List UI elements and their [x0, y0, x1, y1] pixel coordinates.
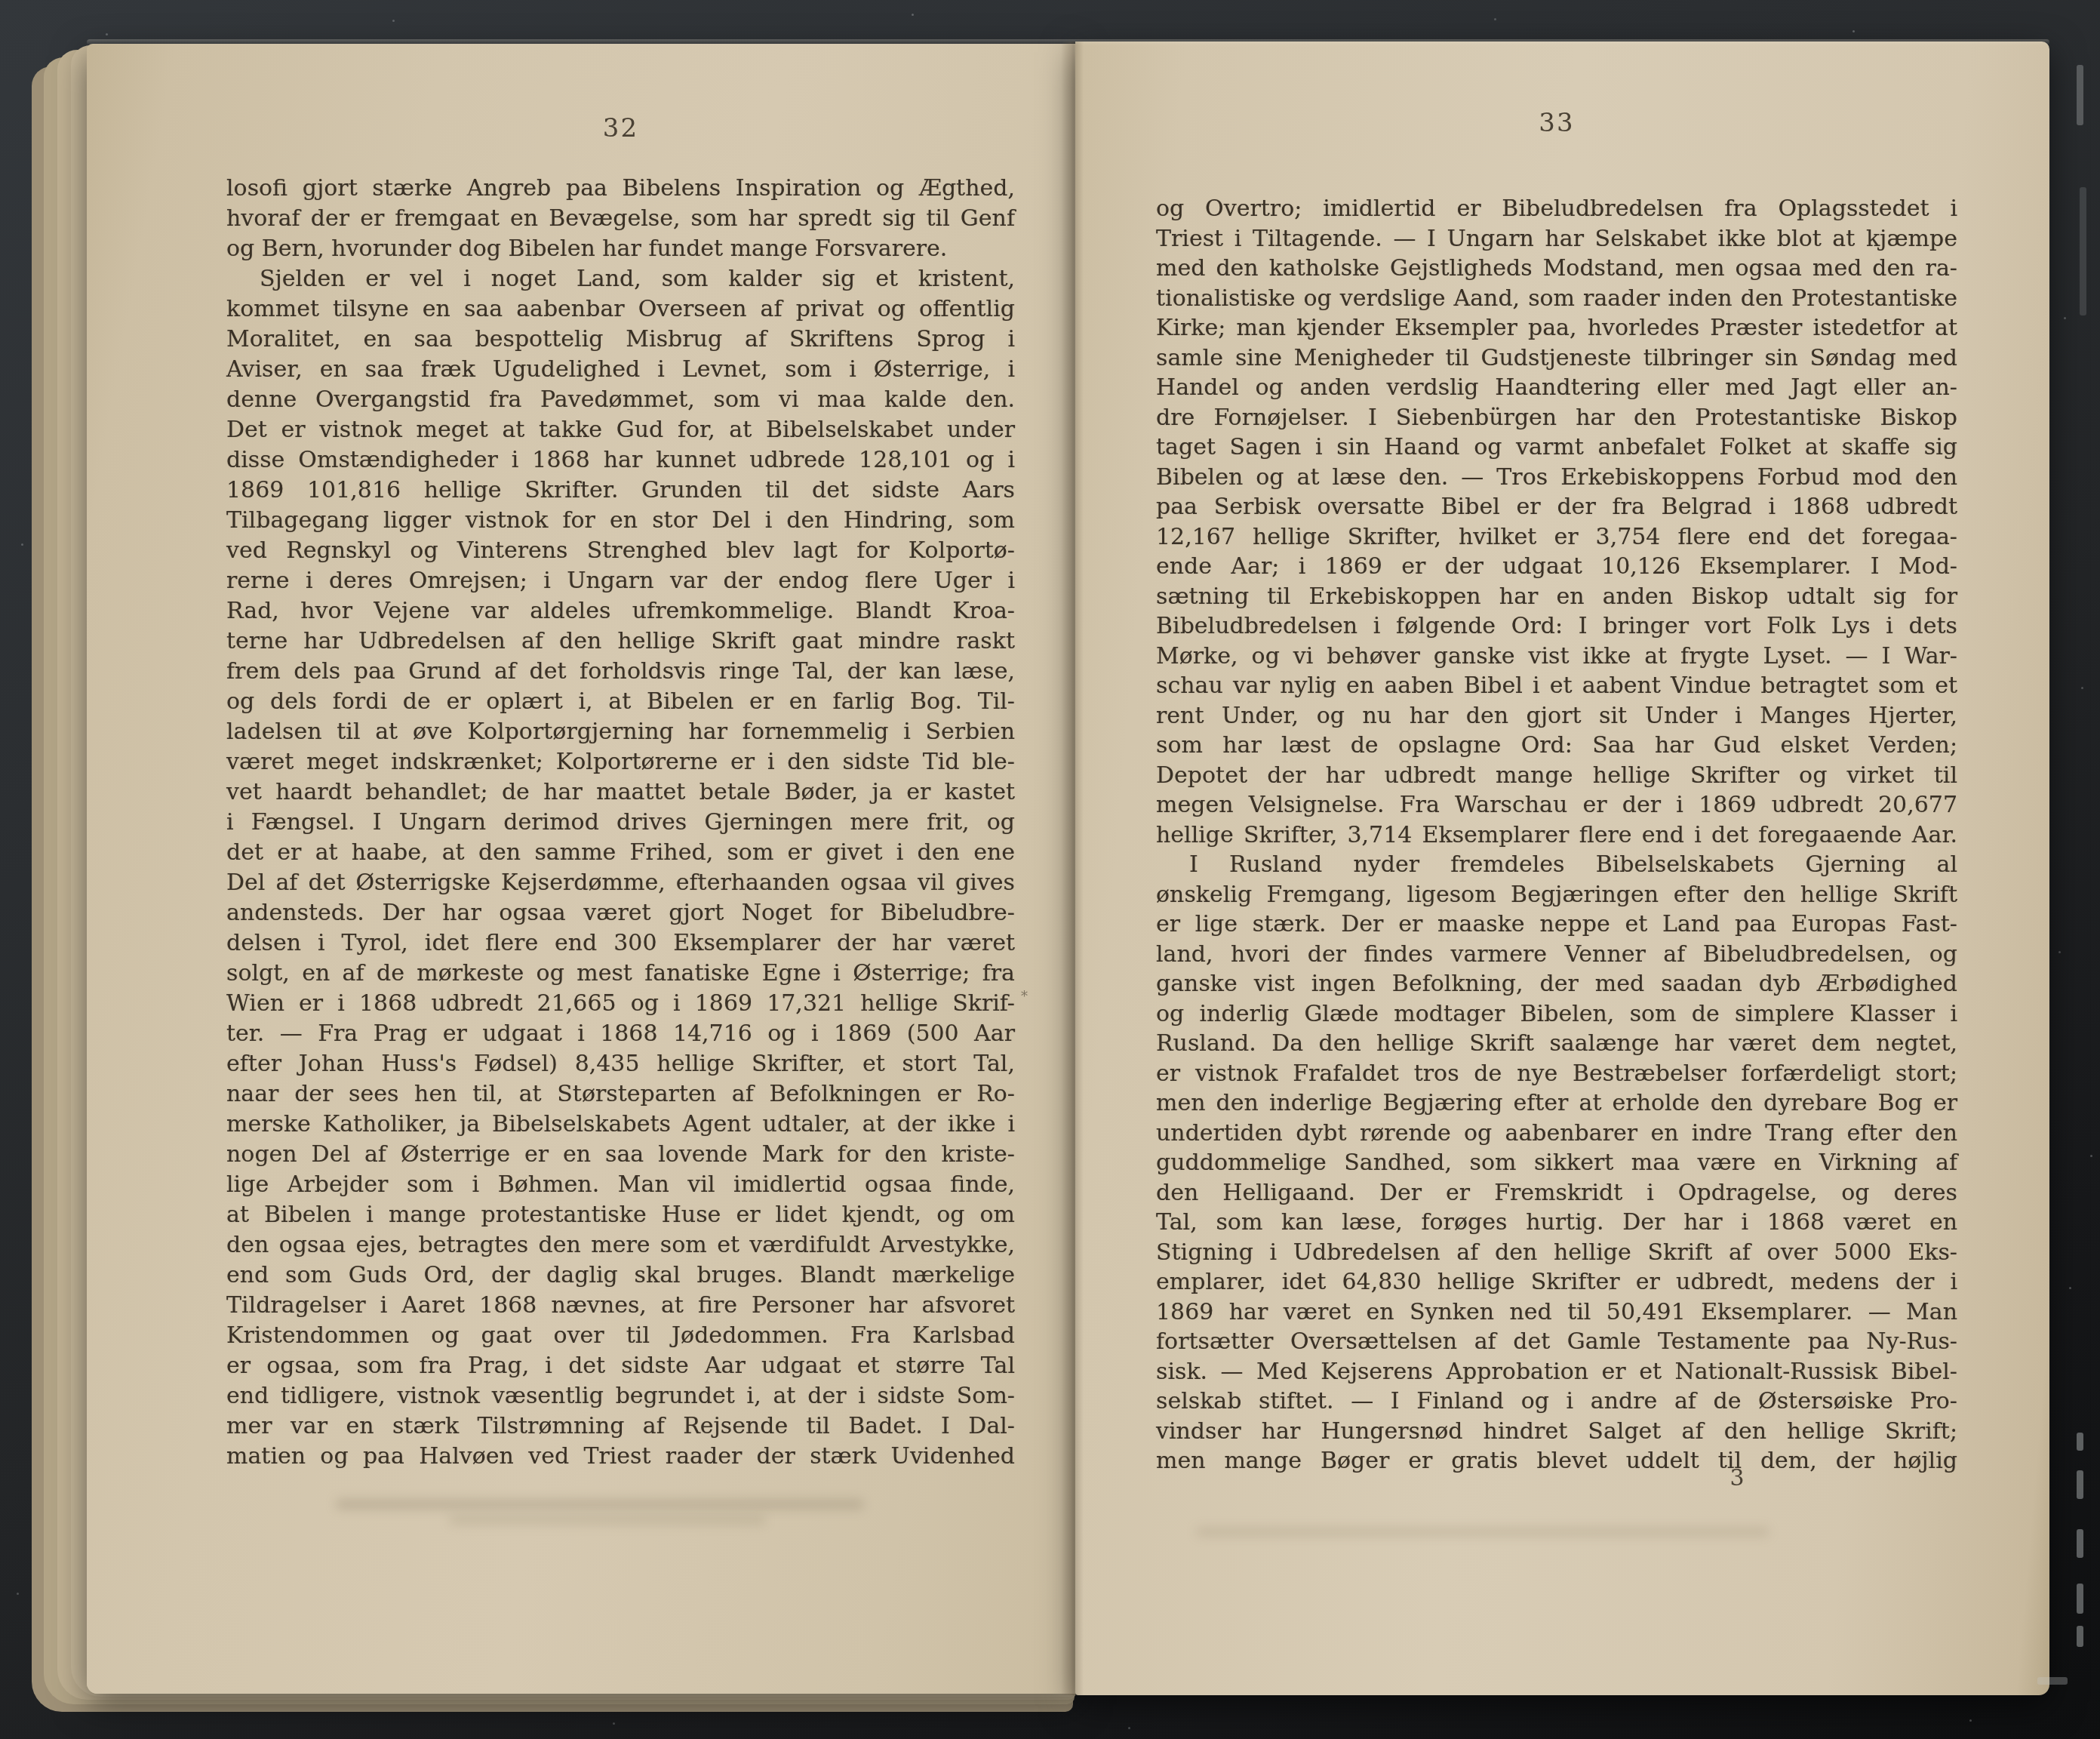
text-line: i Fængsel. I Ungarn derimod drives Gjern… [226, 808, 1015, 838]
text-line: Mørke, og vi behøver ganske vist ikke at… [1156, 642, 1957, 672]
text-line: sætning til Erkebiskoppen har en anden B… [1156, 582, 1957, 612]
text-line: Wien er i 1868 udbredt 21,665 og i 1869 … [226, 989, 1015, 1019]
text-line: Tildragelser i Aaret 1868 nævnes, at fir… [226, 1291, 1015, 1321]
film-edge-mark [2077, 1470, 2083, 1499]
film-edge-mark [2077, 1626, 2083, 1647]
text-line: været meget indskrænket; Kolportørerne e… [226, 747, 1015, 777]
text-line: Rusland. Da den hellige Skrift saalænge … [1156, 1029, 1957, 1059]
text-line: end tidligere, vistnok væsentlig begrund… [226, 1381, 1015, 1411]
text-line: denne Overgangstid fra Pavedømmet, som v… [226, 385, 1015, 415]
text-line: ønskelig Fremgang, ligesom Begjæringen e… [1156, 880, 1957, 910]
text-line: ladelsen til at øve Kolportørgjerning ha… [226, 717, 1015, 747]
signature-mark: 3 [1714, 1465, 1760, 1491]
book-photo: 32 losofi gjort stærke Angreb paa Bibele… [0, 0, 2100, 1739]
text-line: delsen i Tyrol, idet flere end 300 Eksem… [226, 928, 1015, 959]
text-line: men mange Bøger er gratis blevet uddelt … [1156, 1446, 1957, 1476]
text-line: mer var en stærk Tilstrømning af Rejsend… [226, 1411, 1015, 1442]
text-line: Handel og anden verdslig Haandtering ell… [1156, 373, 1957, 403]
text-line: vindser har Hungersnød hindret Salget af… [1156, 1417, 1957, 1447]
text-line: Sjelden er vel i noget Land, som kalder … [226, 264, 1015, 294]
text-line: lige Arbejder som i Bøhmen. Man vil imid… [226, 1170, 1015, 1200]
text-line: Stigning i Udbredelsen af den hellige Sk… [1156, 1238, 1957, 1268]
text-line: Depotet der har udbredt mange hellige Sk… [1156, 761, 1957, 791]
page-top-edge-highlight [87, 39, 2049, 45]
text-line: er ogsaa, som fra Prag, i det sidste Aar… [226, 1351, 1015, 1381]
text-line: disse Omstændigheder i 1868 har kunnet u… [226, 445, 1015, 476]
text-line: ganske vist ingen Befolkning, der med sa… [1156, 969, 1957, 999]
film-edge-mark [2080, 187, 2086, 315]
text-line: end som Guds Ord, der daglig skal bruges… [226, 1260, 1015, 1291]
film-edge-mark [2077, 65, 2083, 125]
text-line: Moralitet, en saa bespottelig Misbrug af… [226, 325, 1015, 355]
film-edge-mark [2037, 1677, 2068, 1685]
text-line: undertiden dybt rørende og aabenbarer en… [1156, 1119, 1957, 1149]
film-edge-mark [2077, 1584, 2083, 1614]
text-line: losofi gjort stærke Angreb paa Bibelens … [226, 174, 1015, 204]
text-line: Triest i Tiltagende. — I Ungarn har Sels… [1156, 224, 1957, 254]
text-line: matien og paa Halvøen ved Triest raader … [226, 1442, 1015, 1472]
reverse-side-ghost [1196, 1527, 1769, 1537]
page-number-right: 33 [1156, 108, 1957, 138]
text-line: med den katholske Gejstligheds Modstand,… [1156, 254, 1957, 284]
text-line: og dels fordi de er oplært i, at Bibelen… [226, 687, 1015, 717]
text-line: og inderlig Glæde modtager Bibelen, som … [1156, 999, 1957, 1030]
text-line: tionalistiske og verdslige Aand, som raa… [1156, 284, 1957, 314]
text-line: men den inderlige Begjæring efter at erh… [1156, 1088, 1957, 1119]
text-line: Del af det Østerrigske Kejserdømme, efte… [226, 868, 1015, 898]
text-line: I Rusland nyder fremdeles Bibelselskabet… [1156, 850, 1957, 880]
text-line: vet haardt behandlet; de har maattet bet… [226, 777, 1015, 808]
text-line: og Bern, hvorunder dog Bibelen har funde… [226, 234, 1015, 264]
text-line: Kristendommen og gaat over til Jødedomme… [226, 1321, 1015, 1351]
text-line: paa Serbisk oversatte Bibel er der fra B… [1156, 492, 1957, 522]
text-line: Bibelen og at læse den. — Tros Erkebisko… [1156, 463, 1957, 493]
text-block-right: og Overtro; imidlertid er Bibeludbredels… [1156, 194, 1957, 1476]
margin-print-mark: * [1021, 989, 1028, 1005]
text-line: Tal, som kan læse, forøges hurtig. Der h… [1156, 1208, 1957, 1238]
text-line: dre Fornøjelser. I Siebenbürgen har den … [1156, 403, 1957, 433]
text-line: guddommelige Sandhed, som sikkert maa væ… [1156, 1148, 1957, 1178]
text-line: emplarer, idet 64,830 hellige Skrifter e… [1156, 1267, 1957, 1297]
text-line: er lige stærk. Der er maaske neppe et La… [1156, 910, 1957, 940]
text-line: 1869 har været en Synken ned til 50,491 … [1156, 1297, 1957, 1328]
text-line: ende Aar; i 1869 er der udgaat 10,126 Ek… [1156, 552, 1957, 582]
text-line: hvoraf der er fremgaat en Bevægelse, som… [226, 204, 1015, 234]
text-line: land, hvori der findes varmere Venner af… [1156, 940, 1957, 970]
text-line: 1869 101,816 hellige Skrifter. Grunden t… [226, 476, 1015, 506]
film-edge-mark [2077, 1529, 2083, 1558]
text-line: fortsætter Oversættelsen af det Gamle Te… [1156, 1327, 1957, 1357]
text-line: merske Katholiker, ja Bibelselskabets Ag… [226, 1110, 1015, 1140]
text-line: kommet tilsyne en saa aabenbar Overseen … [226, 294, 1015, 325]
text-line: frem dels paa Grund af det forholdsvis r… [226, 657, 1015, 687]
text-line: det er at haabe, at den samme Frihed, so… [226, 838, 1015, 868]
page-left: 32 losofi gjort stærke Angreb paa Bibele… [87, 44, 1075, 1694]
text-line: som har læst de opslagne Ord: Saa har Gu… [1156, 731, 1957, 761]
text-line: terne har Udbredelsen af den hellige Skr… [226, 626, 1015, 657]
text-line: solgt, en af de mørkeste og mest fanatis… [226, 959, 1015, 989]
text-line: er vistnok Frafaldet tros de nye Bestræb… [1156, 1059, 1957, 1089]
text-line: sisk. — Med Kejserens Approbation er et … [1156, 1357, 1957, 1387]
text-line: ved Regnskyl og Vinterens Strenghed blev… [226, 536, 1015, 566]
text-line: nogen Del af Østerrige er en saa lovende… [226, 1140, 1015, 1170]
text-line: 12,167 hellige Skrifter, hvilket er 3,75… [1156, 522, 1957, 552]
text-line: Tilbagegang ligger vistnok for en stor D… [226, 506, 1015, 536]
text-line: samle sine Menigheder til Gudstjeneste t… [1156, 343, 1957, 374]
text-line: og Overtro; imidlertid er Bibeludbredels… [1156, 194, 1957, 224]
gutter-crease [1061, 42, 1084, 1695]
text-line: Det er vistnok meget at takke Gud for, a… [226, 415, 1015, 445]
text-line: Bibeludbredelsen i følgende Ord: I bring… [1156, 611, 1957, 642]
text-line: Aviser, en saa fræk Ugudelighed i Levnet… [226, 355, 1015, 385]
text-line: den ogsaa ejes, betragtes den mere som e… [226, 1230, 1015, 1260]
reverse-side-ghost [336, 1499, 864, 1510]
text-line: rerne i deres Omrejsen; i Ungarn var der… [226, 566, 1015, 596]
text-line: efter Johan Huss's Fødsel) 8,435 hellige… [226, 1049, 1015, 1079]
text-line: Kirke; man kjender Eksempler paa, hvorle… [1156, 313, 1957, 343]
text-line: schau var nylig en aaben Bibel i et aabe… [1156, 671, 1957, 701]
text-line: Rad, hvor Vejene var aldeles ufremkommel… [226, 596, 1015, 626]
text-line: den Helligaand. Der er Fremskridt i Opdr… [1156, 1178, 1957, 1208]
text-block-left: losofi gjort stærke Angreb paa Bibelens … [226, 174, 1015, 1472]
text-line: at Bibelen i mange protestantiske Huse e… [226, 1200, 1015, 1230]
text-line: ter. — Fra Prag er udgaat i 1868 14,716 … [226, 1019, 1015, 1049]
page-number-left: 32 [226, 113, 1015, 143]
text-line: rent Under, og nu har den gjort sit Unde… [1156, 701, 1957, 731]
dust-specks [0, 0, 2, 2]
film-edge-mark [2077, 1433, 2083, 1451]
text-line: taget Sagen i sin Haand og varmt anbefal… [1156, 432, 1957, 463]
page-right: 33 og Overtro; imidlertid er Bibeludbred… [1075, 42, 2049, 1695]
reverse-side-ghost [449, 1516, 766, 1525]
text-line: andensteds. Der har ogsaa været gjort No… [226, 898, 1015, 928]
text-line: naar der sees hen til, at Størsteparten … [226, 1079, 1015, 1110]
text-line: hellige Skrifter, 3,714 Eksemplarer fler… [1156, 820, 1957, 851]
text-line: megen Velsignelse. Fra Warschau er der i… [1156, 790, 1957, 820]
text-line: selskab stiftet. — I Finland og i andre … [1156, 1387, 1957, 1417]
